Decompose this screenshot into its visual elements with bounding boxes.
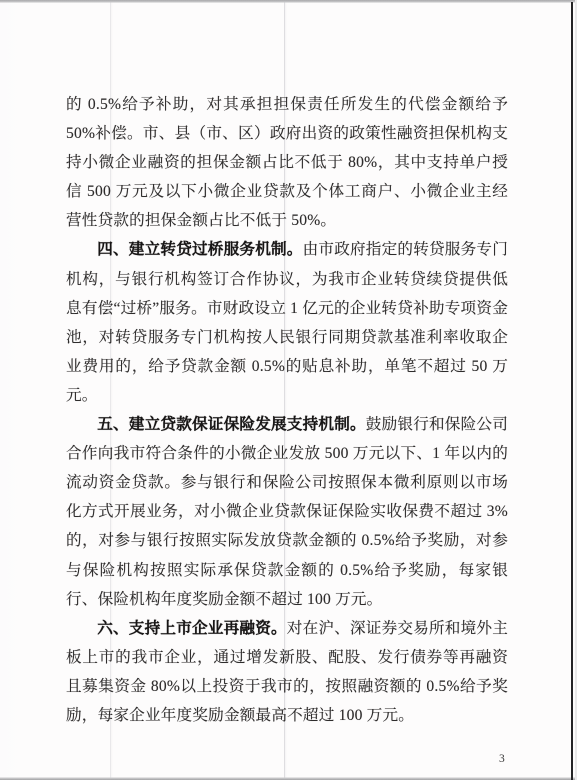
paragraph-section-4: 四、建立转贷过桥服务机制。由市政府指定的转贷服务专门机构，与银行机构签订合作协议… xyxy=(66,235,508,410)
section-4-heading: 四、建立转贷过桥服务机制。 xyxy=(97,241,302,258)
scan-edge-top xyxy=(0,0,577,3)
page-number: 3 xyxy=(499,753,505,765)
section-6-heading: 六、支持上市企业再融资。 xyxy=(97,620,287,637)
paragraph-text: 的 0.5%给予补助，对其承担担保责任所发生的代偿金额给予 50%补偿。市、县（… xyxy=(66,96,508,229)
scanned-document-page: 的 0.5%给予补助，对其承担担保责任所发生的代偿金额给予 50%补偿。市、县（… xyxy=(0,0,577,780)
section-4-text: 由市政府指定的转贷服务专门机构，与银行机构签订合作协议，为我市企业转贷续贷提供低… xyxy=(66,241,508,403)
paragraph-continuation: 的 0.5%给予补助，对其承担担保责任所发生的代偿金额给予 50%补偿。市、县（… xyxy=(66,90,508,235)
paragraph-section-5: 五、建立贷款保证保险发展支持机制。鼓励银行和保险公司合作向我市符合条件的小微企业… xyxy=(66,410,508,614)
scan-edge-right xyxy=(571,2,573,780)
section-5-heading: 五、建立贷款保证保险发展支持机制。 xyxy=(97,416,366,433)
section-5-text: 鼓励银行和保险公司合作向我市符合条件的小微企业发放 500 万元以下、1 年以内… xyxy=(66,416,508,608)
paragraph-section-6: 六、支持上市企业再融资。对在沪、深证券交易所和境外主板上市的我市企业，通过增发新… xyxy=(66,614,508,730)
document-body: 的 0.5%给予补助，对其承担担保责任所发生的代偿金额给予 50%补偿。市、县（… xyxy=(66,90,508,730)
